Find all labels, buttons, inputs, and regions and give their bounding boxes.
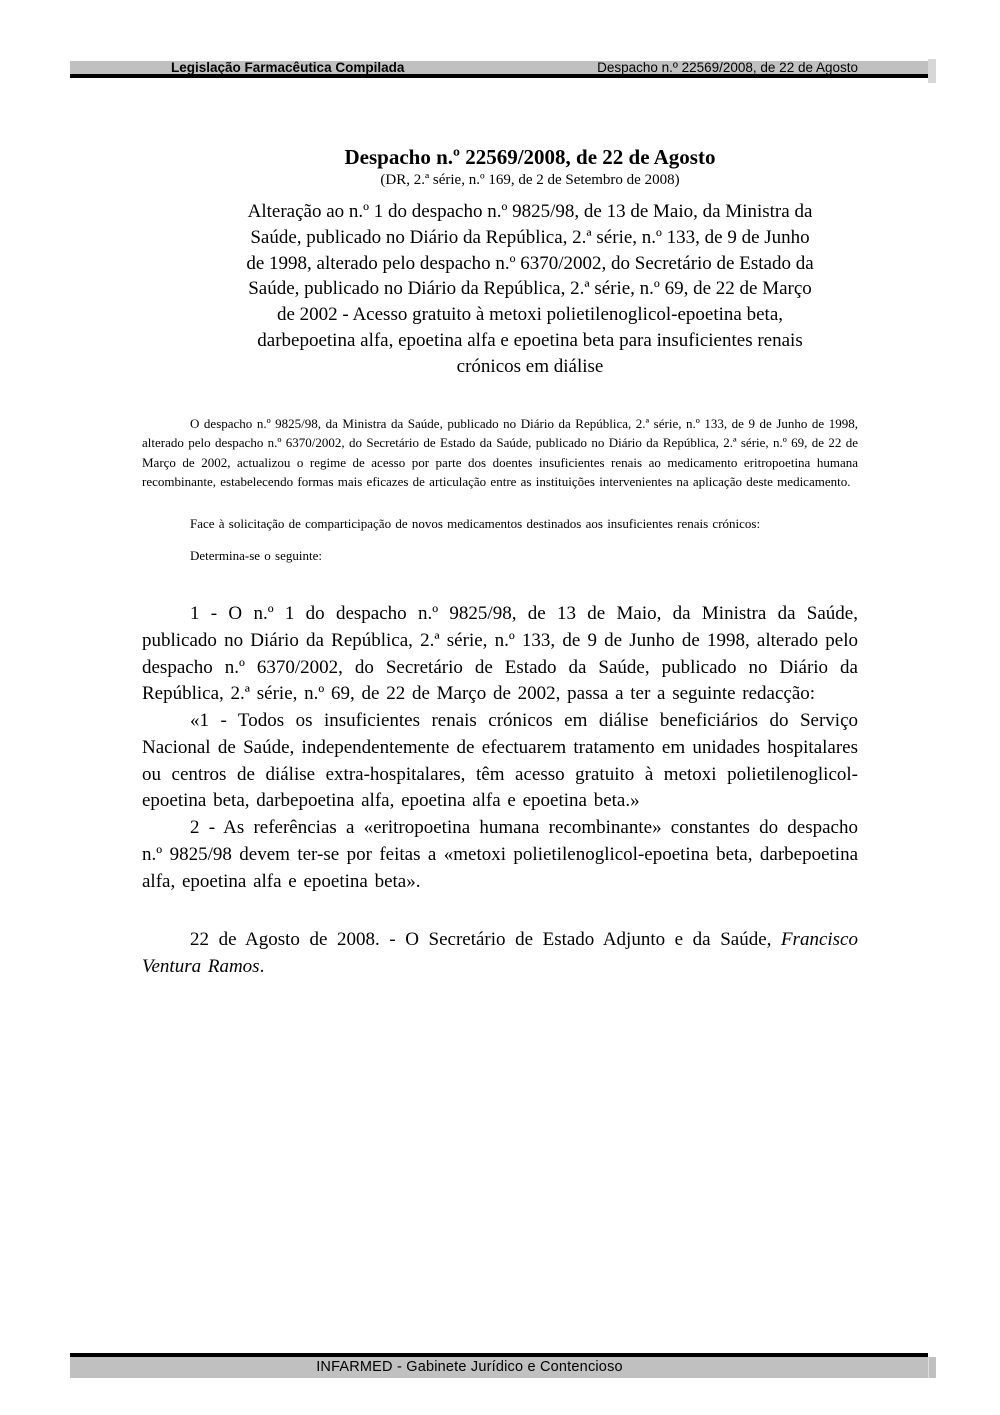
lead-line: Saúde, publicado no Diário da República,… [200, 225, 860, 251]
document-page: Legislação Farmacêutica Compilada Despac… [0, 0, 1000, 1415]
header-right-label: Despacho n.º 22569/2008, de 22 de Agosto [597, 59, 858, 76]
lead-line: Alteração ao n.º 1 do despacho n.º 9825/… [200, 199, 860, 225]
header-left-label: Legislação Farmacêutica Compilada [171, 59, 404, 76]
signature-suffix: . [260, 956, 265, 977]
lead-summary: Alteração ao n.º 1 do despacho n.º 9825/… [200, 199, 860, 380]
lead-line: de 1998, alterado pelo despacho n.º 6370… [200, 251, 860, 277]
document-subtitle: (DR, 2.ª série, n.º 169, de 2 de Setembr… [200, 171, 860, 190]
header-bar: Legislação Farmacêutica Compilada Despac… [70, 61, 928, 78]
determination-lead-in: Determina-se o seguinte: [142, 546, 858, 565]
lead-line: darbepoetina alfa, epoetina alfa e epoet… [200, 328, 860, 354]
footer-bar: INFARMED - Gabinete Jurídico e Contencio… [70, 1357, 936, 1378]
signature-paragraph: 22 de Agosto de 2008. - O Secretário de … [142, 927, 858, 981]
footer-bar-shadow [928, 1357, 929, 1378]
lead-line: Saúde, publicado no Diário da República,… [200, 276, 860, 302]
quoted-paragraph-1: «1 - Todos os insuficientes renais cróni… [142, 708, 858, 815]
preamble-paragraph: O despacho n.º 9825/98, da Ministra da S… [142, 414, 858, 491]
solicitation-paragraph: Face à solicitação de comparticipação de… [142, 514, 858, 533]
signature-date-text: 22 de Agosto de 2008. - O Secretário de … [190, 929, 781, 950]
header-bar-shadow [928, 59, 936, 83]
body-paragraph-2: 2 - As referências a «eritropoetina huma… [142, 815, 858, 895]
lead-line: de 2002 - Acesso gratuito à metoxi polie… [200, 302, 860, 328]
lead-line: crónicos em diálise [200, 354, 860, 380]
document-title: Despacho n.º 22569/2008, de 22 de Agosto [200, 145, 860, 170]
footer-label: INFARMED - Gabinete Jurídico e Contencio… [316, 1357, 623, 1378]
body-paragraph-1: 1 - O n.º 1 do despacho n.º 9825/98, de … [142, 601, 858, 708]
